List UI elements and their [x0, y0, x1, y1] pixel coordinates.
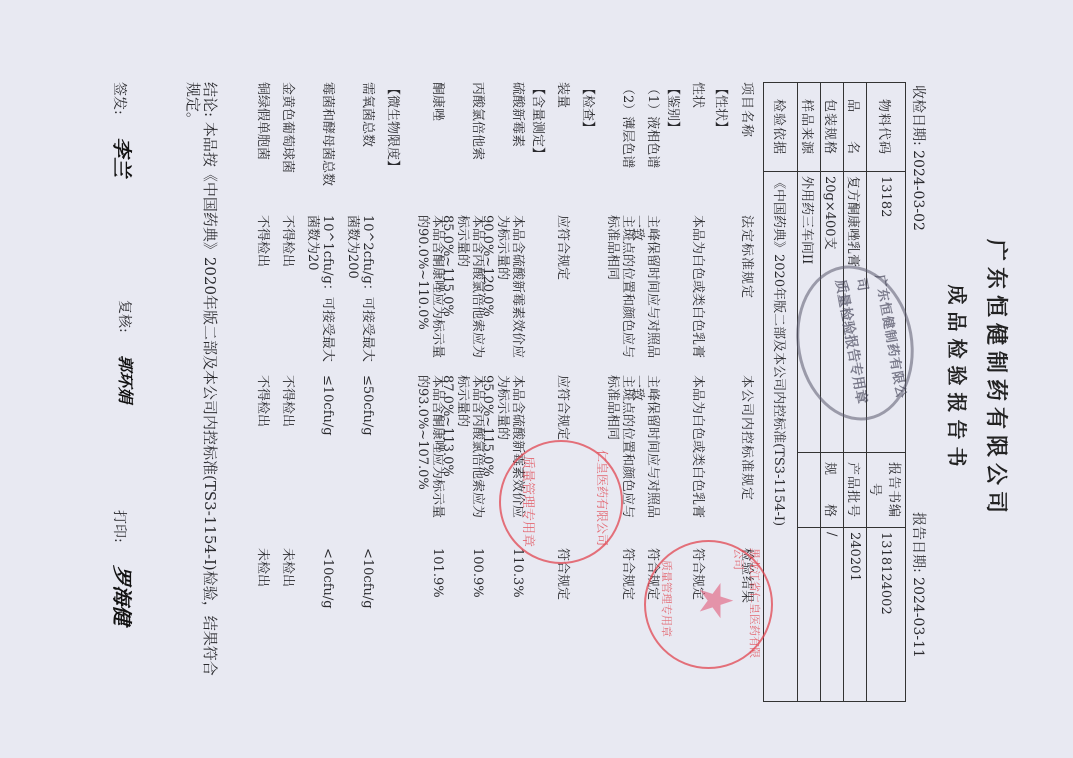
receive-date-label: 收检日期: — [910, 85, 926, 146]
report-no-label: 报告书编号 — [867, 453, 906, 528]
header-item: 项目名称 — [739, 82, 758, 138]
test-item-name: 性状 — [690, 82, 705, 108]
section-heading: 【含量测定】 — [530, 82, 545, 160]
internal-standard: 不得检出 — [255, 375, 270, 525]
legal-standard: 10^1cfu/g：可接受最大菌数为20 — [305, 215, 335, 365]
test-result: <10cfu/g — [360, 548, 375, 609]
section-heading: 【性状】 — [713, 82, 728, 134]
material-code: 13182 — [867, 172, 906, 453]
spec-label: 规 格 — [821, 453, 844, 528]
header-result: 检验结果 — [739, 548, 758, 604]
package-label: 包装规格 — [821, 83, 844, 172]
source: 外用药三车间II — [798, 172, 821, 453]
empty-cell — [798, 528, 821, 702]
conclusion-text: 本品按《中国药典》2020年版二部及本公司内控标准(TS3-1154-I)检验，… — [184, 82, 219, 676]
review-signature-name: 郭环娟 — [116, 355, 135, 403]
test-result: <10cfu/g — [320, 548, 335, 609]
report-date-label: 报告日期: — [910, 512, 926, 573]
internal-standard: 不得检出 — [280, 375, 295, 525]
issue-signature-name: 李兰 — [110, 137, 134, 177]
legal-standard: 应符合规定 — [555, 215, 570, 365]
header-internal: 本公司内控标准规定 — [739, 375, 758, 501]
legal-standard: 本品含硫酸新霉素效价应为标示量的90.0%~120.0% — [480, 215, 525, 365]
internal-standard: 本品含酮康唑应为标示量的93.0%~107.0% — [415, 375, 445, 525]
section-heading: 【鉴别】 — [665, 82, 680, 134]
review-label: 复核: — [116, 300, 132, 333]
test-result: 101.9% — [430, 548, 445, 598]
spec: / — [821, 528, 844, 702]
report-date-value: 2024-03-11 — [910, 577, 926, 658]
legal-standard: 本品含丙酸氯倍他索应为标示量的85.0%~115.0% — [440, 215, 485, 365]
batch-no-label: 产品批号 — [844, 453, 867, 528]
product-name: 复方酮康唑乳膏 — [844, 172, 867, 453]
report-page: 广东恒健制药有限公司 成品检验报告书 收检日期: 2024-03-02 报告日期… — [0, 0, 1073, 758]
basis-label: 检验依据 — [764, 83, 798, 172]
review-signature: 复核: 郭环娟 — [115, 300, 138, 403]
internal-standard: 应符合规定 — [555, 375, 570, 525]
legal-standard: 不得检出 — [255, 215, 270, 365]
red-stamp1-sub: 质量管理专用章 — [659, 560, 675, 637]
report-no: 1318124002 — [867, 528, 906, 702]
conclusion: 结论: 本品按《中国药典》2020年版二部及本公司内控标准(TS3-1154-I… — [184, 82, 218, 682]
internal-standard: ≤10cfu/g — [320, 375, 335, 525]
test-result: 符合规定 — [690, 548, 705, 600]
test-result: 符合规定 — [555, 548, 570, 600]
test-item-name: 酮康唑 — [430, 82, 445, 121]
legal-standard: 本品含酮康唑应为标示量的90.0%~110.0% — [415, 215, 445, 365]
material-code-label: 物料代码 — [867, 83, 906, 172]
print-label: 打印: — [111, 510, 127, 543]
report-title: 成品检验报告书 — [944, 0, 973, 758]
legal-standard: 10^2cfu/g：可接受最大菌数为200 — [345, 215, 375, 365]
section-heading: 【检查】 — [580, 82, 595, 134]
internal-standard: 本品含硫酸新霉素效价应为标示量的95.0%~115.0% — [480, 375, 525, 525]
test-result: 符合规定 — [620, 548, 635, 600]
test-item-name: 铜绿假单胞菌 — [255, 82, 270, 160]
legal-standard: 主斑点的位置和颜色应与标准品相同 — [605, 215, 635, 365]
section-heading: 【微生物限度】 — [385, 82, 400, 173]
empty-cell — [798, 453, 821, 528]
test-result: 110.3% — [510, 548, 525, 598]
test-item-name: 需氧菌总数 — [360, 82, 375, 147]
batch-no: 240201 — [844, 528, 867, 702]
receive-date: 收检日期: 2024-03-02 — [909, 85, 929, 231]
internal-standard: 本品为白色或类白色乳膏 — [690, 375, 705, 525]
test-item-name: 硫酸新霉素 — [510, 82, 525, 147]
test-result: 符合规定 — [645, 548, 660, 600]
internal-standard: 本品含丙酸氯倍他索应为标示量的87.0%~113.0% — [440, 375, 485, 525]
package: 20g×400支 — [821, 172, 844, 453]
receive-date-value: 2024-03-02 — [910, 150, 926, 231]
test-item-name: 丙酸氯倍他索 — [470, 82, 485, 160]
internal-standard: ≤50cfu/g — [360, 375, 375, 525]
internal-standard: 主斑点的位置和颜色应与标准品相同 — [605, 375, 635, 525]
test-item-name: 霉菌和酵母菌总数 — [320, 82, 335, 192]
print-signature: 打印: 罗海健 — [109, 510, 138, 625]
print-signature-name: 罗海健 — [110, 565, 134, 625]
source-label: 样品来源 — [798, 83, 821, 172]
test-result: 未检出 — [280, 548, 295, 587]
legal-standard: 本品为白色或类白色乳膏 — [690, 215, 705, 365]
company-name: 广东恒健制药有限公司 — [982, 0, 1013, 758]
issue-signature: 签发: 李兰 — [109, 82, 138, 177]
conclusion-label: 结论: — [201, 82, 219, 117]
legal-standard: 不得检出 — [280, 215, 295, 365]
test-result: 100.9% — [470, 548, 485, 598]
info-table: 物料代码 13182 报告书编号 1318124002 品 名 复方酮康唑乳膏 … — [763, 82, 906, 702]
header-legal: 法定标准规定 — [739, 215, 758, 299]
basis: 《中国药典》2020年版二部及本公司内控标准(TS3-1154-I) — [764, 172, 798, 702]
test-item-name: 金黄色葡萄球菌 — [280, 82, 295, 173]
product-name-label: 品 名 — [844, 83, 867, 172]
test-result: 未检出 — [255, 548, 270, 587]
report-date: 报告日期: 2024-03-11 — [909, 512, 929, 658]
test-item-name: （2）薄层色谱 — [620, 82, 635, 168]
issue-label: 签发: — [111, 82, 127, 115]
test-item-name: 装量 — [555, 82, 570, 108]
test-item-name: （1）液相色谱 — [645, 82, 660, 168]
